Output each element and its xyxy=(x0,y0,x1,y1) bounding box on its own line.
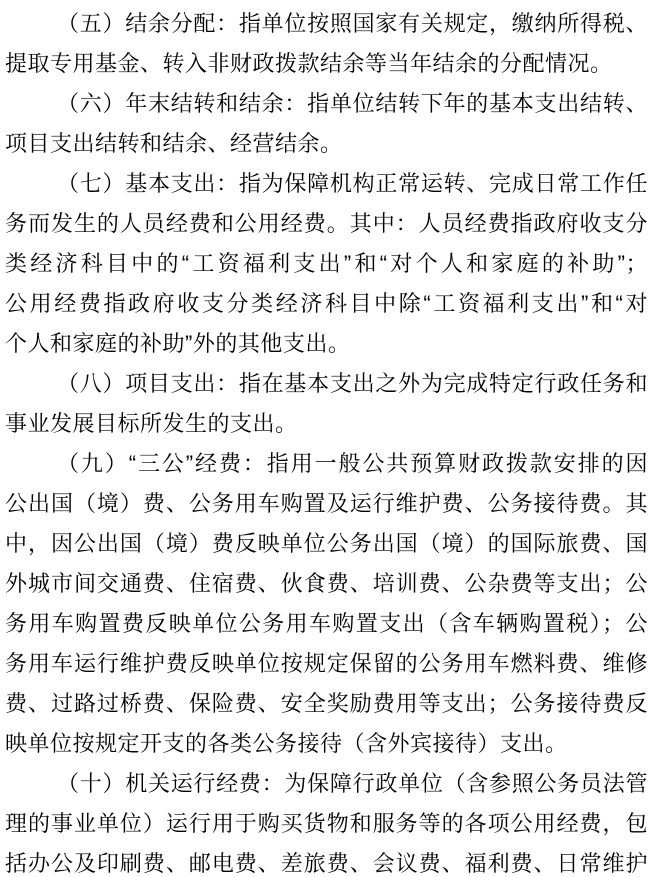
text-line: （六）年末结转和结余：指单位结转下年的基本支出结转、 xyxy=(5,84,648,124)
text-line: 公出国（境）费、公务用车购置及运行维护费、公务接待费。其 xyxy=(5,484,648,524)
text-line: 项目支出结转和结余、经营结余。 xyxy=(5,124,648,164)
text-line: 务用车运行维护费反映单位按规定保留的公务用车燃料费、维修 xyxy=(5,644,648,684)
term-7-basic-expenditure: （七）基本支出：指为保障机构正常运转、完成日常工作任务而发生的人员经费和公用经费… xyxy=(5,164,648,364)
text-line: （八）项目支出：指在基本支出之外为完成特定行政任务和 xyxy=(5,364,648,404)
term-10-agency-operating-funds: （十）机关运行经费：为保障行政单位（含参照公务员法管理的事业单位）运行用于购买货… xyxy=(5,764,648,877)
text-line: 务而发生的人员经费和公用经费。其中：人员经费指政府收支分 xyxy=(5,204,648,244)
text-line: 括办公及印刷费、邮电费、差旅费、会议费、福利费、日常维护 xyxy=(5,844,648,877)
term-5-surplus-distribution: （五）结余分配：指单位按照国家有关规定，缴纳所得税、提取专用基金、转入非财政拨款… xyxy=(5,4,648,84)
text-line: 提取专用基金、转入非财政拨款结余等当年结余的分配情况。 xyxy=(5,44,648,84)
text-line: （十）机关运行经费：为保障行政单位（含参照公务员法管 xyxy=(5,764,648,804)
text-line: （五）结余分配：指单位按照国家有关规定，缴纳所得税、 xyxy=(5,4,648,44)
term-8-project-expenditure: （八）项目支出：指在基本支出之外为完成特定行政任务和事业发展目标所发生的支出。 xyxy=(5,364,648,444)
document-page: （五）结余分配：指单位按照国家有关规定，缴纳所得税、提取专用基金、转入非财政拨款… xyxy=(0,0,653,877)
text-line: 事业发展目标所发生的支出。 xyxy=(5,404,648,444)
term-6-year-end-carryover-and-surplus: （六）年末结转和结余：指单位结转下年的基本支出结转、项目支出结转和结余、经营结余… xyxy=(5,84,648,164)
text-line: 映单位按规定开支的各类公务接待（含外宾接待）支出。 xyxy=(5,724,648,764)
text-line: （九）“三公”经费：指用一般公共预算财政拨款安排的因 xyxy=(5,444,648,484)
text-line: 务用车购置费反映单位公务用车购置支出（含车辆购置税）；公 xyxy=(5,604,648,644)
text-line: 外城市间交通费、住宿费、伙食费、培训费、公杂费等支出；公 xyxy=(5,564,648,604)
text-line: 理的事业单位）运行用于购买货物和服务等的各项公用经费，包 xyxy=(5,804,648,844)
text-line: 中，因公出国（境）费反映单位公务出国（境）的国际旅费、国 xyxy=(5,524,648,564)
term-9-three-public-funds: （九）“三公”经费：指用一般公共预算财政拨款安排的因公出国（境）费、公务用车购置… xyxy=(5,444,648,764)
text-line: 类经济科目中的“工资福利支出”和“对个人和家庭的补助”； xyxy=(5,244,648,284)
text-line: （七）基本支出：指为保障机构正常运转、完成日常工作任 xyxy=(5,164,648,204)
text-line: 个人和家庭的补助”外的其他支出。 xyxy=(5,324,648,364)
text-line: 费、过路过桥费、保险费、安全奖励费用等支出；公务接待费反 xyxy=(5,684,648,724)
text-line: 公用经费指政府收支分类经济科目中除“工资福利支出”和“对 xyxy=(5,284,648,324)
